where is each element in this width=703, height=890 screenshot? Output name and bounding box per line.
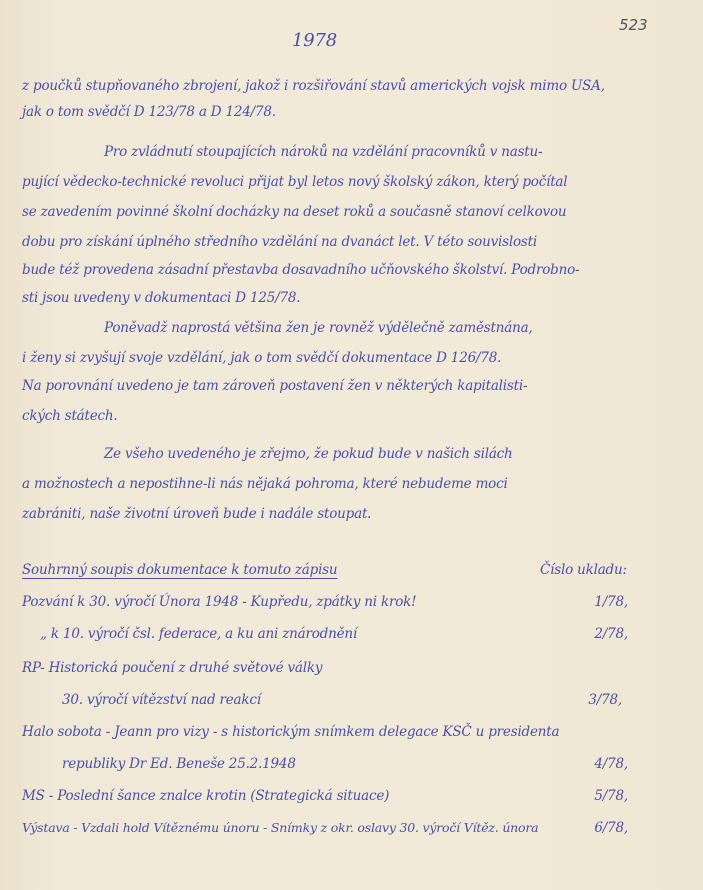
paragraph-4-line-3: zabrániti, naše životní úroveň bude i na…	[22, 506, 371, 522]
paragraph-3-line-1: Poněvadž naprostá většina žen je rovněž …	[104, 320, 533, 336]
inventory-item-6: Výstava - Vzdali hold Vítěznému únoru - …	[22, 820, 538, 835]
inventory-item-3-line-1: RP- Historická poučení z druhé světové v…	[22, 660, 322, 676]
paragraph-4-line-2: a možnostech a nepostihne-li nás nějaká …	[22, 476, 508, 492]
inventory-item-5-number: 5/78,	[548, 788, 628, 804]
inventory-item-2-number: 2/78,	[548, 626, 628, 642]
inventory-item-4-line-1: Halo sobota - Jeann pro vizy - s histori…	[22, 724, 559, 740]
paragraph-3-line-2: i ženy si zvyšují svoje vzdělání, jak o …	[22, 350, 501, 366]
paragraph-2-line-1: Pro zvládnutí stoupajících nároků na vzd…	[104, 144, 542, 160]
paragraph-3-line-3: Na porovnání uvedeno je tam zároveň post…	[22, 378, 527, 394]
page-number: 523	[619, 16, 648, 34]
paragraph-4-line-1: Ze všeho uvedeného je zřejmo, že pokud b…	[104, 446, 513, 462]
inventory-column-heading: Číslo ukladu:	[540, 562, 627, 578]
paragraph-1-line-1: z poučků stupňovaného zbrojení, jakož i …	[22, 78, 605, 94]
inventory-item-3-line-2: 30. výročí vítězství nad reakcí	[62, 692, 261, 708]
year-heading: 1978	[292, 30, 337, 51]
inventory-item-4-line-2: republiky Dr Ed. Beneše 25.2.1948	[62, 756, 296, 772]
paragraph-2-line-4: dobu pro získání úplného středního vzděl…	[22, 234, 537, 250]
inventory-heading: Souhrnný soupis dokumentace k tomuto záp…	[22, 562, 337, 578]
paragraph-2-line-5: bude též provedena zásadní přestavba dos…	[22, 262, 579, 278]
inventory-item-3-number: 3/78,	[542, 692, 622, 708]
inventory-item-1: Pozvání k 30. výročí Února 1948 - Kupřed…	[22, 594, 416, 610]
document-page: 523 1978 z poučků stupňovaného zbrojení,…	[0, 0, 703, 890]
paragraph-2-line-2: pující vědecko-technické revoluci přijat…	[22, 174, 567, 190]
paragraph-1-line-2: jak o tom svědčí D 123/78 a D 124/78.	[22, 104, 276, 120]
inventory-item-6-number: 6/78,	[548, 820, 628, 836]
inventory-item-4-number: 4/78,	[548, 756, 628, 772]
paragraph-2-line-3: se zavedením povinné školní docházky na …	[22, 204, 566, 220]
inventory-item-2: „ k 10. výročí čsl. federace, a ku ani z…	[40, 626, 357, 642]
paragraph-3-line-4: ckých státech.	[22, 408, 117, 424]
inventory-item-1-number: 1/78,	[548, 594, 628, 610]
paragraph-2-line-6: sti jsou uvedeny v dokumentaci D 125/78.	[22, 290, 300, 306]
inventory-item-5: MS - Poslední šance znalce krotin (Strat…	[22, 788, 389, 804]
